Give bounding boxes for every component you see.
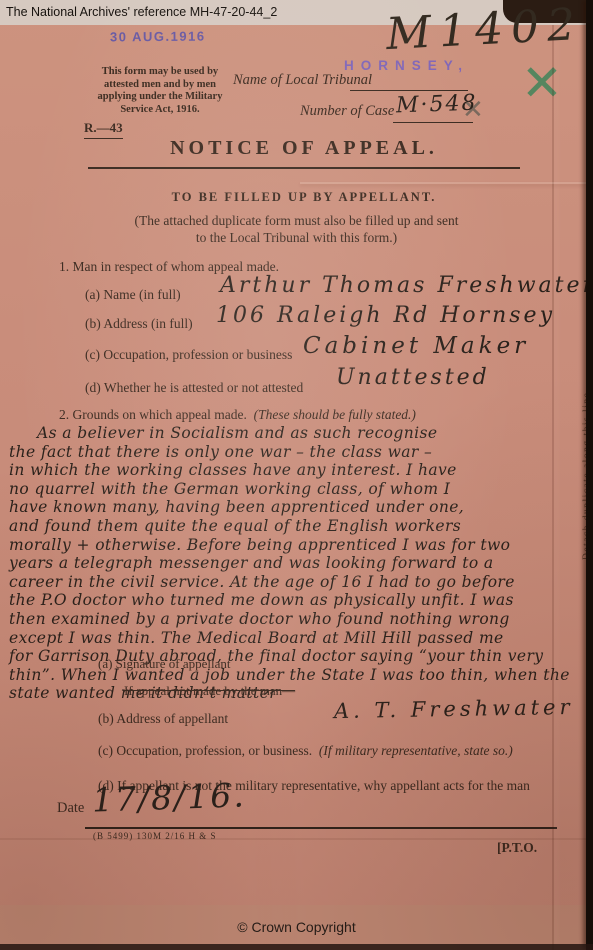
field-attested-value: Unattested <box>336 365 490 390</box>
appellant-occupation-label: (c) Occupation, profession, or business.… <box>98 743 513 759</box>
appellant-signature-handwritten: A. T. Freshwater <box>334 695 574 723</box>
date-fill-line <box>85 827 557 829</box>
field-occupation-label: (c) Occupation, profession or business <box>85 347 292 363</box>
scan-bottom-edge <box>0 944 593 950</box>
grounds-line: then examined by a private doctor who fo… <box>9 610 589 629</box>
grounds-line: for Garrison Duty abroad, the final doct… <box>9 647 589 666</box>
grounds-line: thin”. When I wanted a job under the Sta… <box>9 666 589 685</box>
file-number-handwritten: M1402 <box>385 0 584 60</box>
scan-right-edge <box>586 0 593 950</box>
scanned-document-page: The National Archives' reference MH-47-2… <box>0 0 593 950</box>
section2-heading: 2. Grounds on which appeal made. (These … <box>59 407 416 423</box>
case-number-label: Number of Case <box>300 103 394 120</box>
appellant-occupation-label-text: (c) Occupation, profession, or business. <box>98 743 312 758</box>
duplicate-note-line2: to the Local Tribunal with this form.) <box>0 230 593 246</box>
grounds-line: have known many, having been apprenticed… <box>9 498 589 517</box>
field-name-value: Arthur Thomas Freshwater <box>220 273 593 298</box>
appellant-occupation-note: (If military representative, state so.) <box>319 743 513 758</box>
field-address-label: (b) Address (in full) <box>85 316 193 332</box>
tribunal-name-stamp: HORNSEY, <box>344 58 469 73</box>
grounds-line: As a believer in Socialism and as such r… <box>9 424 589 443</box>
field-name-label: (a) Name (in full) <box>85 287 181 303</box>
crease-line-horizontal-upper <box>300 182 593 184</box>
crease-line-vertical <box>552 25 554 950</box>
archive-reference-text: The National Archives' reference MH-47-2… <box>6 5 277 19</box>
duplicate-note-line1: (The attached duplicate form must also b… <box>0 213 593 229</box>
grounds-line: career in the civil service. At the age … <box>9 573 589 592</box>
grounds-line: in which the working classes have any in… <box>9 461 589 480</box>
grounds-line: no quarrel with the German working class… <box>9 480 589 499</box>
field-address-value: 106 Raleigh Rd Hornsey <box>216 303 555 328</box>
section2-heading-note: (These should be fully stated.) <box>254 407 416 422</box>
appellant-address-label: (b) Address of appellant <box>98 711 228 727</box>
form-usage-note: This form may be used by attested men an… <box>84 66 236 116</box>
field-occupation-value: Cabinet Maker <box>303 333 529 359</box>
green-cross-mark: ✕ <box>521 54 563 112</box>
title-rule <box>88 167 520 169</box>
date-label: Date <box>57 800 84 817</box>
crown-copyright-text: © Crown Copyright <box>0 919 593 935</box>
grounds-line: except I was thin. The Medical Board at … <box>9 629 589 648</box>
grounds-line: morally + otherwise. Before being appren… <box>9 536 589 555</box>
signature-label: (a) Signature of appellant <box>98 656 230 672</box>
crease-line-horizontal-lower <box>0 838 593 840</box>
grounds-line: the fact that there is only one war – th… <box>9 443 589 462</box>
struck-out-note: If appeal not made by the man— <box>124 683 295 699</box>
grounds-line: and found them quite the equal of the En… <box>9 517 589 536</box>
tribunal-label: Name of Local Tribunal <box>233 72 372 89</box>
grounds-line: the P.O doctor who turned me down as phy… <box>9 591 589 610</box>
filled-by-heading: TO BE FILLED UP BY APPELLANT. <box>88 190 520 205</box>
field-attested-label: (d) Whether he is attested or not attest… <box>85 380 303 396</box>
section2-heading-text: 2. Grounds on which appeal made. <box>59 407 247 422</box>
case-number-handwritten: M·548 <box>396 91 478 119</box>
grounds-line: years a telegraph messenger and was look… <box>9 554 589 573</box>
case-fill-line <box>393 122 473 123</box>
pto-note: [P.T.O. <box>497 840 537 856</box>
date-handwritten: 17/8/16. <box>91 775 246 819</box>
date-received-stamp: 30 AUG.1916 <box>110 29 206 45</box>
page-title: NOTICE OF APPEAL. <box>88 137 520 160</box>
grounds-handwritten-text: As a believer in Socialism and as such r… <box>9 424 589 703</box>
